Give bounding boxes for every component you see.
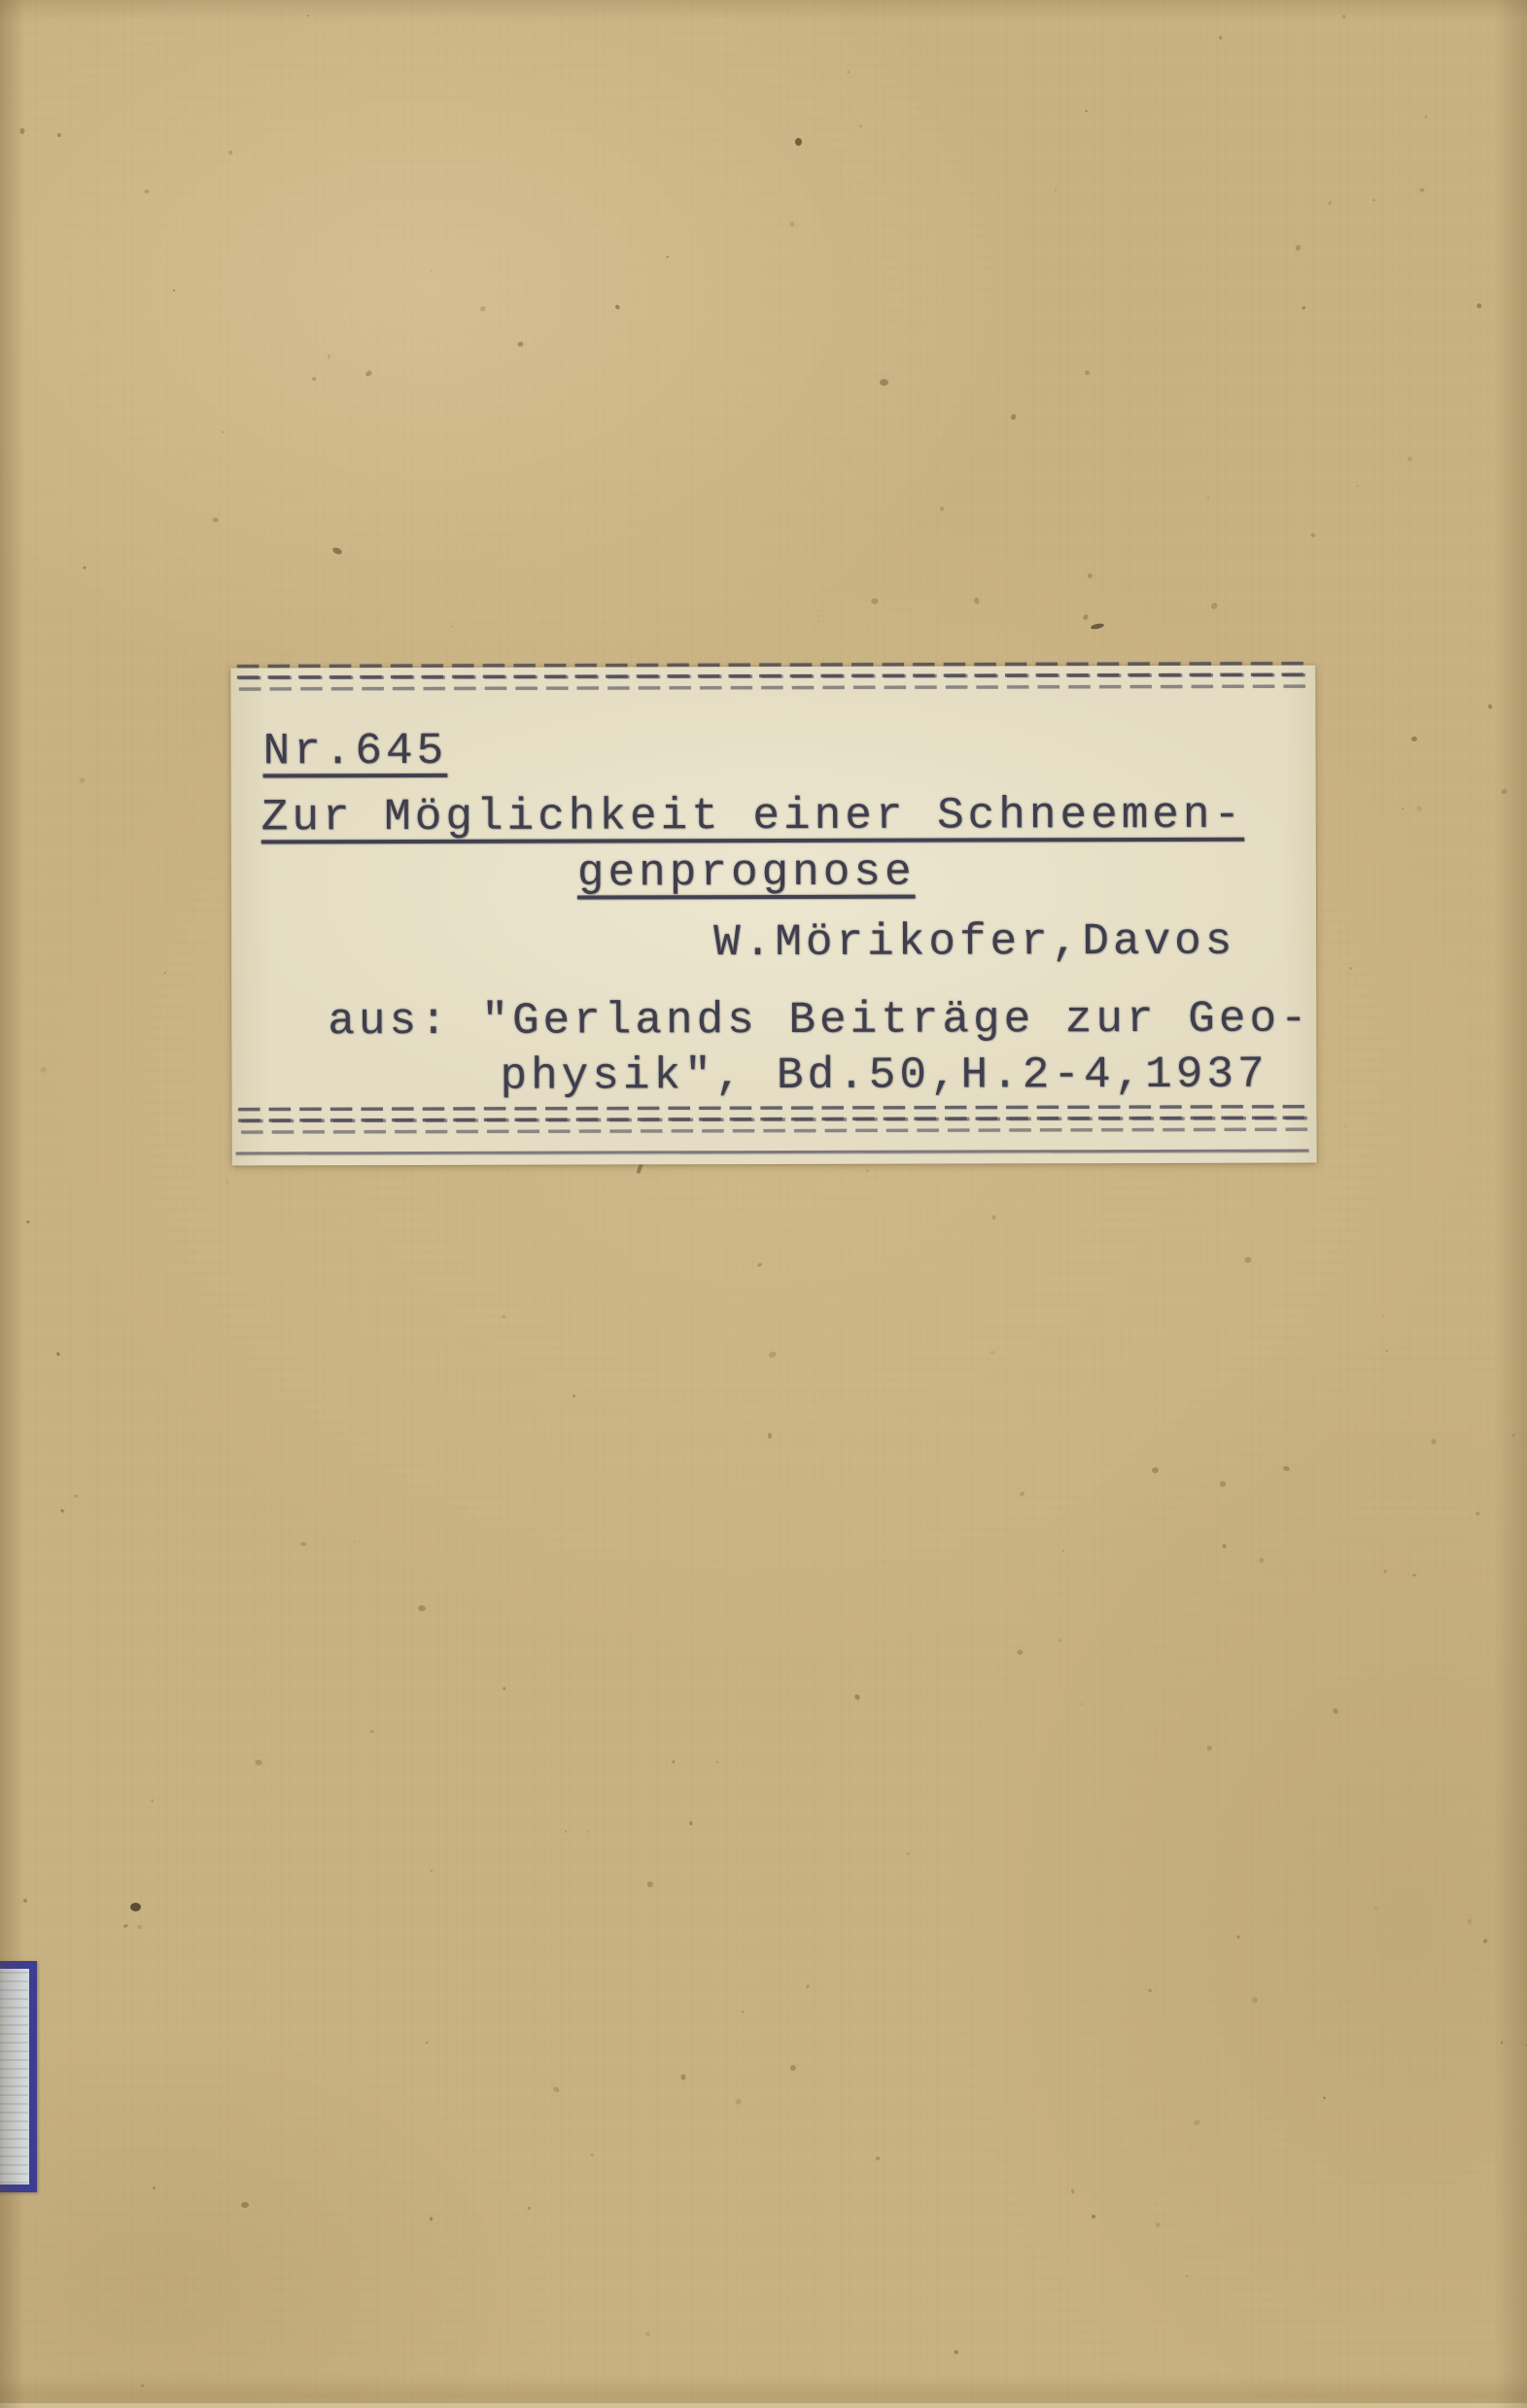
paper-speckles [0, 0, 1527, 2408]
paper-fleck [1411, 737, 1417, 741]
paper-fleck [418, 1605, 426, 1611]
label-author: W.Mörikofer,Davos [713, 919, 1235, 965]
paper-fleck [880, 379, 888, 386]
paper-fleck [795, 138, 802, 146]
paper-fleck [130, 1903, 141, 1911]
paper-fleck [1091, 623, 1105, 631]
paper-fleck [331, 546, 343, 556]
booklet-cover: =================================== ====… [0, 0, 1527, 2408]
label-top-border-row2: =================================== [236, 662, 1311, 709]
blue-sticker-edge [0, 1961, 37, 2192]
label-bottom-border-row2: =================================== [239, 1105, 1314, 1152]
label-title-line2: genprognose [577, 850, 916, 896]
paper-fleck [241, 2202, 249, 2208]
label-number: Nr.645 [262, 729, 447, 774]
catalog-label: =================================== ====… [230, 666, 1316, 1166]
paper-fleck [1152, 1467, 1159, 1473]
label-title-line1: Zur Möglichkeit einer Schneemen- [261, 793, 1244, 841]
label-source-line1: aus: "Gerlands Beiträge zur Geo- [328, 997, 1310, 1045]
